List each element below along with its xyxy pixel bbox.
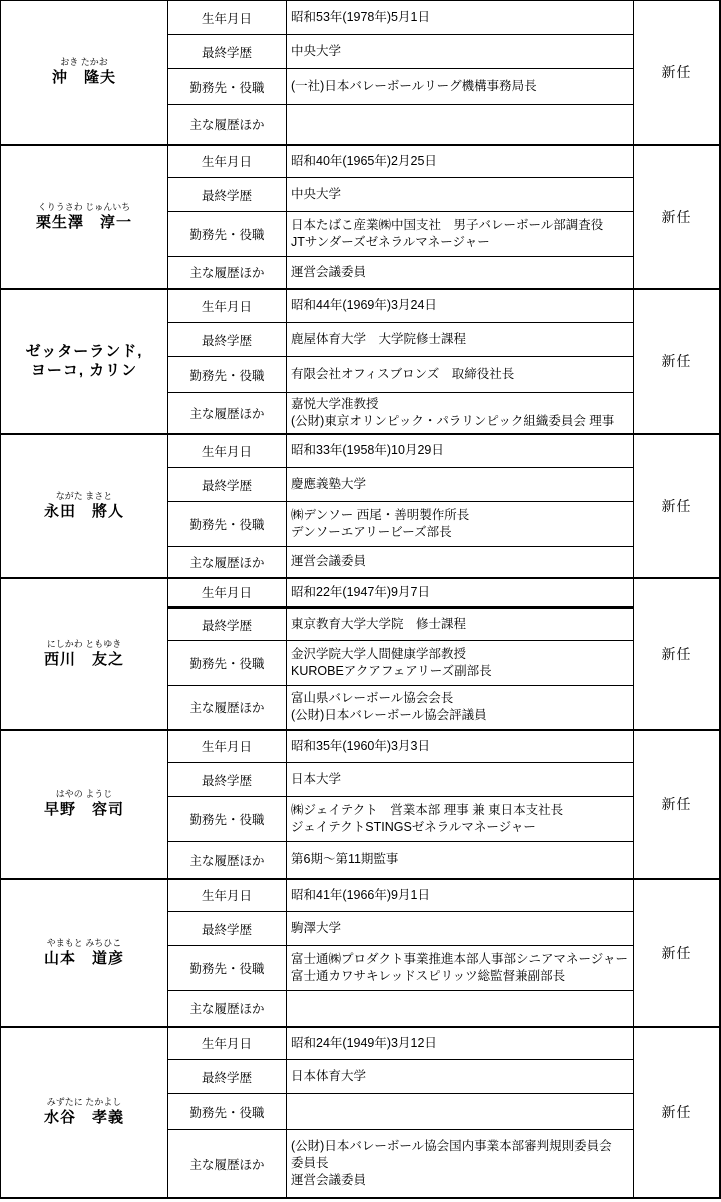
field-label-education: 最終学歴 [168,608,287,641]
field-label-history: 主な履歴ほか [168,547,287,578]
field-label-position: 勤務先・役職 [168,641,287,686]
field-label-position: 勤務先・役職 [168,502,287,547]
field-label-birth: 生年月日 [168,578,287,608]
name-furigana: にしかわ ともゆき [3,639,165,650]
name-cell: はやの ようじ 早野 容司 [1,730,168,879]
field-label-birth: 生年月日 [168,1027,287,1060]
name-furigana: みずたに たかよし [3,1097,165,1108]
field-label-birth: 生年月日 [168,434,287,468]
field-value-position: 富士通㈱プロダクト事業推進本部人事部シニアマネージャー 富士通カワサキレッドスピ… [287,946,634,991]
person-name: 沖 隆夫 [3,68,165,87]
field-value-education: 日本大学 [287,763,634,797]
field-label-position: 勤務先・役職 [168,357,287,393]
person-name: 永田 將人 [3,502,165,521]
name-cell: ゼッターランド, ヨーコ, カリン [1,289,168,434]
field-value-position: ㈱ジェイテクト 営業本部 理事 兼 東日本支社長 ジェイテクトSTINGSゼネラ… [287,797,634,842]
field-value-birth: 昭和35年(1960年)3月3日 [287,730,634,763]
field-label-birth: 生年月日 [168,879,287,912]
field-value-birth: 昭和33年(1958年)10月29日 [287,434,634,468]
name-cell: みずたに たかよし 水谷 孝義 [1,1027,168,1198]
field-value-position: ㈱デンソー 西尾・善明製作所長 デンソーエアリービーズ部長 [287,502,634,547]
status-badge: 新任 [634,1,720,145]
name-furigana: おき たかお [3,57,165,68]
field-label-position: 勤務先・役職 [168,797,287,842]
field-value-birth: 昭和41年(1966年)9月1日 [287,879,634,912]
field-value-history: 運営会議委員 [287,547,634,578]
field-label-history: 主な履歴ほか [168,257,287,289]
field-label-history: 主な履歴ほか [168,393,287,434]
field-label-birth: 生年月日 [168,289,287,323]
field-value-education: 鹿屋体育大学 大学院修士課程 [287,323,634,357]
field-label-education: 最終学歴 [168,1060,287,1094]
field-value-education: 慶應義塾大学 [287,468,634,502]
person-name: 栗生澤 淳一 [3,213,165,232]
name-cell: ながた まさと 永田 將人 [1,434,168,578]
field-label-education: 最終学歴 [168,468,287,502]
field-value-history: (公財)日本バレーボール協会国内事業本部審判規則委員会 委員長 運営会議委員 [287,1130,634,1198]
field-value-birth: 昭和53年(1978年)5月1日 [287,1,634,35]
field-value-birth: 昭和22年(1947年)9月7日 [287,578,634,608]
field-value-education: 日本体育大学 [287,1060,634,1094]
field-value-position [287,1094,634,1130]
field-label-birth: 生年月日 [168,1,287,35]
field-label-education: 最終学歴 [168,178,287,212]
status-badge: 新任 [634,289,720,434]
status-badge: 新任 [634,879,720,1027]
field-value-education: 中央大学 [287,35,634,69]
field-value-birth: 昭和40年(1965年)2月25日 [287,145,634,178]
field-value-birth: 昭和24年(1949年)3月12日 [287,1027,634,1060]
name-cell: くりうさわ じゅんいち 栗生澤 淳一 [1,145,168,289]
field-label-education: 最終学歴 [168,763,287,797]
field-label-education: 最終学歴 [168,912,287,946]
field-value-position: 金沢学院大学人間健康学部教授 KUROBEアクアフェアリーズ副部長 [287,641,634,686]
status-badge: 新任 [634,434,720,578]
status-badge: 新任 [634,1027,720,1198]
field-label-position: 勤務先・役職 [168,212,287,257]
field-value-history: 嘉悦大学准教授 (公財)東京オリンピック・パラリンピック組織委員会 理事 [287,393,634,434]
field-value-position: (一社)日本バレーボールリーグ機構事務局長 [287,69,634,105]
field-value-position: 日本たばこ産業㈱中国支社 男子バレーボール部調査役 JTサンダーズゼネラルマネー… [287,212,634,257]
field-value-education: 中央大学 [287,178,634,212]
field-label-history: 主な履歴ほか [168,105,287,145]
person-name: 早野 容司 [3,800,165,819]
field-value-history [287,105,634,145]
name-cell: おき たかお 沖 隆夫 [1,1,168,145]
status-badge: 新任 [634,145,720,289]
field-value-history: 運営会議委員 [287,257,634,289]
officers-table: おき たかお 沖 隆夫 生年月日 昭和53年(1978年)5月1日 新任 最終学… [0,0,720,1198]
person-name: 山本 道彦 [3,949,165,968]
field-label-birth: 生年月日 [168,730,287,763]
field-value-history: 富山県バレーボール協会会長 (公財)日本バレーボール協会評議員 [287,686,634,730]
field-label-education: 最終学歴 [168,323,287,357]
field-label-history: 主な履歴ほか [168,686,287,730]
person-name: ゼッターランド, ヨーコ, カリン [3,342,165,380]
field-label-birth: 生年月日 [168,145,287,178]
name-furigana: やまもと みちひこ [3,938,165,949]
field-value-history [287,991,634,1027]
field-value-education: 東京教育大学大学院 修士課程 [287,608,634,641]
field-label-position: 勤務先・役職 [168,946,287,991]
field-value-education: 駒澤大学 [287,912,634,946]
name-furigana: くりうさわ じゅんいち [3,202,165,213]
field-label-history: 主な履歴ほか [168,1130,287,1198]
status-badge: 新任 [634,730,720,879]
name-furigana: はやの ようじ [3,789,165,800]
person-name: 水谷 孝義 [3,1108,165,1127]
field-label-education: 最終学歴 [168,35,287,69]
name-furigana: ながた まさと [3,491,165,502]
status-badge: 新任 [634,578,720,730]
field-value-history: 第6期～第11期監事 [287,842,634,879]
field-label-position: 勤務先・役職 [168,69,287,105]
field-label-history: 主な履歴ほか [168,842,287,879]
field-label-position: 勤務先・役職 [168,1094,287,1130]
name-cell: にしかわ ともゆき 西川 友之 [1,578,168,730]
field-label-history: 主な履歴ほか [168,991,287,1027]
person-name: 西川 友之 [3,650,165,669]
name-cell: やまもと みちひこ 山本 道彦 [1,879,168,1027]
field-value-position: 有限会社オフィスブロンズ 取締役社長 [287,357,634,393]
field-value-birth: 昭和44年(1969年)3月24日 [287,289,634,323]
